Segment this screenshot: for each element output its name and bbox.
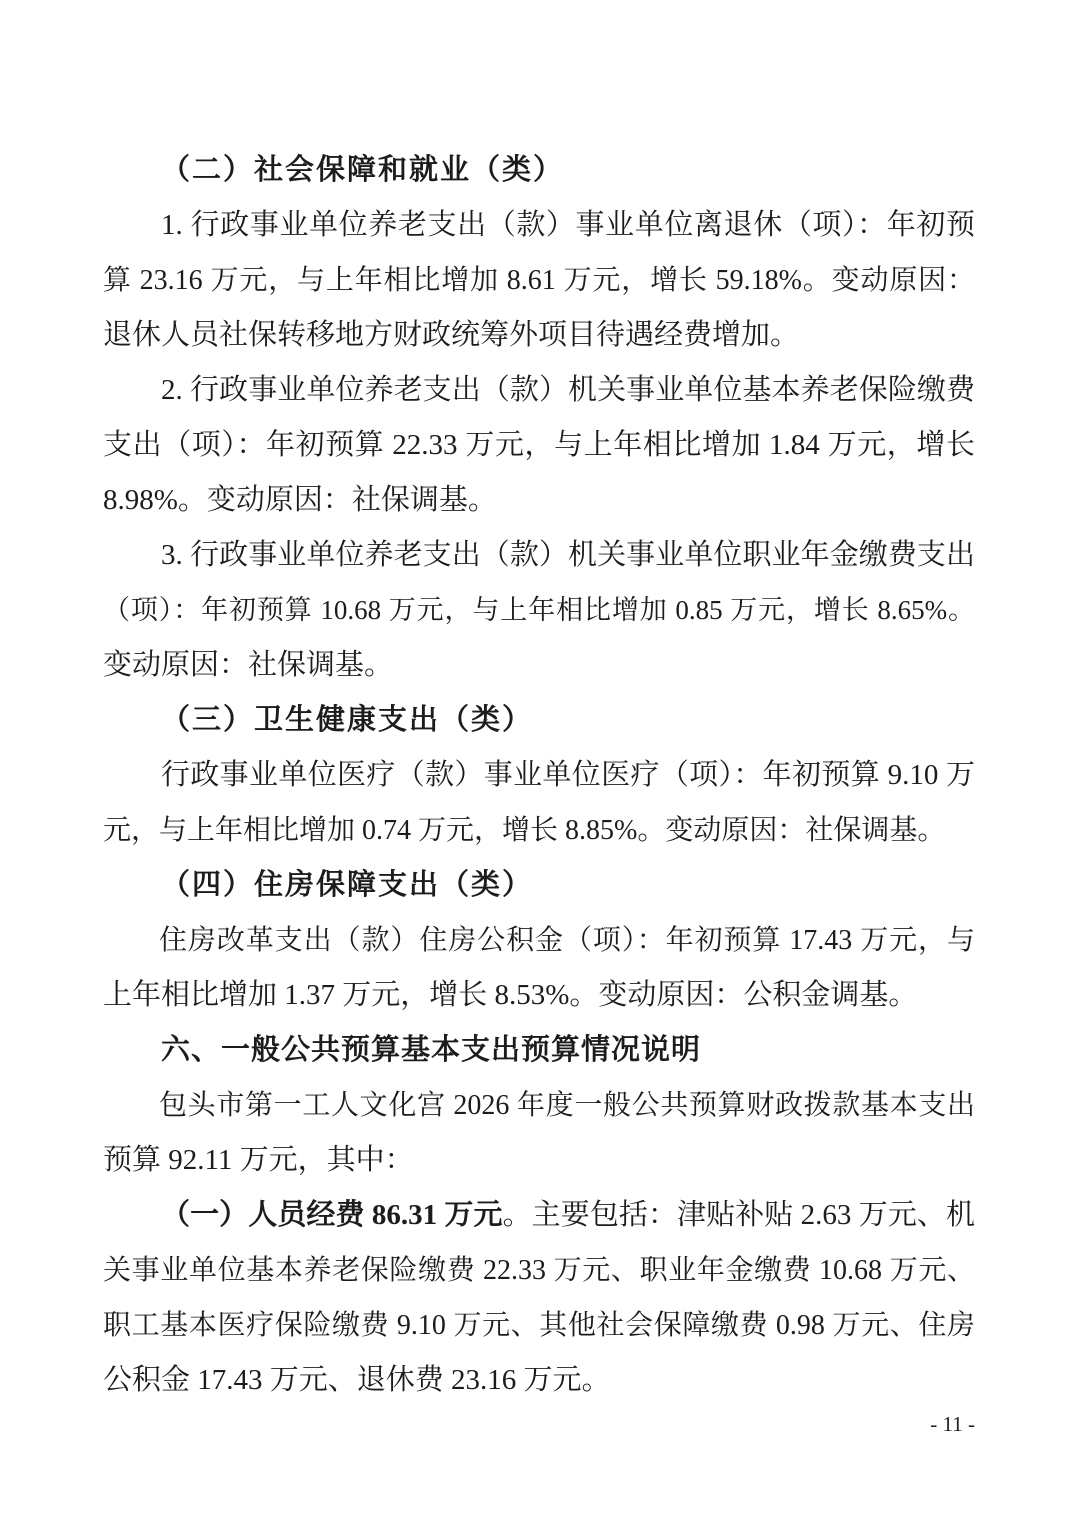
para-annuity-line1: 3. 行政事业单位养老支出（款）机关事业单位职业年金缴费支出 xyxy=(103,528,975,583)
para-basic-pension-line3: 8.98%。变动原因：社保调基。 xyxy=(103,473,975,528)
personnel-funds-line1-rest: 。主要包括：津贴补贴 2.63 万元、机 xyxy=(503,1199,975,1231)
heading-section-six: 六、一般公共预算基本支出预算情况说明 xyxy=(103,1023,975,1078)
para-basic-pension-line1: 2. 行政事业单位养老支出（款）机关事业单位基本养老保险缴费 xyxy=(103,363,975,418)
para-housing-fund-line2: 上年相比增加 1.37 万元，增长 8.53%。变动原因：公积金调基。 xyxy=(103,968,975,1023)
para-housing-fund-line1: 住房改革支出（款）住房公积金（项）：年初预算 17.43 万元，与 xyxy=(103,913,975,968)
para-retiree-pension-line1: 1. 行政事业单位养老支出（款）事业单位离退休（项）：年初预 xyxy=(103,198,975,253)
para-personnel-funds-line3: 职工基本医疗保险缴费 9.10 万元、其他社会保障缴费 0.98 万元、住房 xyxy=(103,1298,975,1353)
para-annuity-line3: 变动原因：社保调基。 xyxy=(103,638,975,693)
heading-housing-class: （四）住房保障支出（类） xyxy=(103,858,975,913)
para-annuity-line2: （项）：年初预算 10.68 万元，与上年相比增加 0.85 万元，增长 8.6… xyxy=(103,583,975,638)
para-basic-expenditure-intro-line1: 包头市第一工人文化宫 2026 年度一般公共预算财政拨款基本支出 xyxy=(103,1078,975,1133)
para-personnel-funds-line4: 公积金 17.43 万元、退休费 23.16 万元。 xyxy=(103,1353,975,1408)
document-page: （二）社会保障和就业（类） 1. 行政事业单位养老支出（款）事业单位离退休（项）… xyxy=(0,0,1075,1520)
para-basic-expenditure-intro-line2: 预算 92.11 万元，其中： xyxy=(103,1133,975,1188)
page-content: （二）社会保障和就业（类） 1. 行政事业单位养老支出（款）事业单位离退休（项）… xyxy=(103,143,975,1408)
para-medical-line2: 元，与上年相比增加 0.74 万元，增长 8.85%。变动原因：社保调基。 xyxy=(103,803,975,858)
para-personnel-funds-line1: （一）人员经费 86.31 万元。主要包括：津贴补贴 2.63 万元、机 xyxy=(103,1188,975,1243)
personnel-funds-bold-lead: （一）人员经费 86.31 万元 xyxy=(161,1199,503,1231)
page-number: - 11 - xyxy=(930,1412,975,1436)
para-retiree-pension-line3: 退休人员社保转移地方财政统筹外项目待遇经费增加。 xyxy=(103,308,975,363)
para-retiree-pension-line2: 算 23.16 万元，与上年相比增加 8.61 万元，增长 59.18%。变动原… xyxy=(103,253,975,308)
heading-social-security-class: （二）社会保障和就业（类） xyxy=(103,143,975,198)
page-footer: - 11 - xyxy=(103,1408,975,1440)
para-basic-pension-line2: 支出（项）：年初预算 22.33 万元，与上年相比增加 1.84 万元，增长 xyxy=(103,418,975,473)
para-medical-line1: 行政事业单位医疗（款）事业单位医疗（项）：年初预算 9.10 万 xyxy=(103,748,975,803)
heading-health-class: （三）卫生健康支出（类） xyxy=(103,693,975,748)
para-personnel-funds-line2: 关事业单位基本养老保险缴费 22.33 万元、职业年金缴费 10.68 万元、 xyxy=(103,1243,975,1298)
